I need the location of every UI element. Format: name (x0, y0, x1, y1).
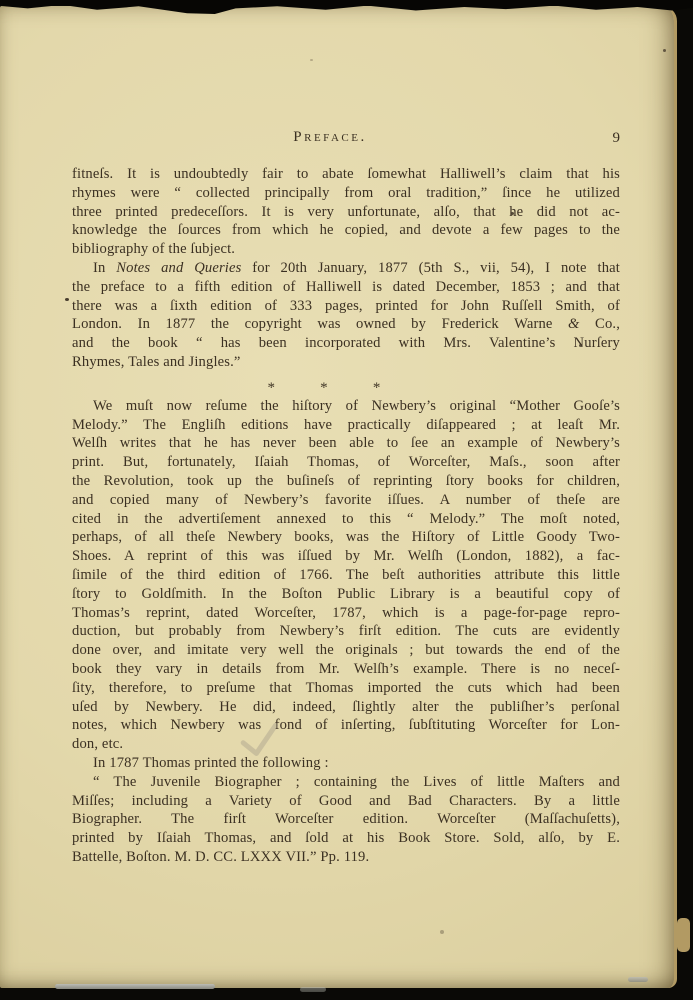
paragraph: fitneſs. It is undoubtedly fair to abate… (72, 165, 620, 259)
text-line: duction, but probably from Newbery’s fir… (72, 622, 620, 641)
text-line: the preface to a fifth edition of Halliw… (72, 278, 620, 297)
text-line: print. But, fortunately, Iſaiah Thomas, … (72, 453, 620, 472)
text-line: fitneſs. It is undoubtedly fair to abate… (72, 165, 620, 184)
ink-speck (310, 59, 313, 61)
text-segment: Co., (580, 316, 620, 332)
text-line: ſimile of the third edition of 1766. The… (72, 566, 620, 585)
book-page-scan: Preface. 9 fitneſs. It is undoubtedly fa… (0, 0, 693, 1000)
section-divider: *** (50, 372, 598, 397)
text-segment: London. In 1877 the copyright was owned … (72, 316, 568, 332)
paragraph: We muſt now reſume the hiſtory of Newber… (72, 397, 620, 754)
text-line: Rhymes, Tales and Jingles.” (72, 353, 620, 372)
text-segment: for 20th January, 1877 (5th S., vii, 54)… (241, 260, 620, 276)
text-line: there was a ſixth edition of 333 pages, … (72, 297, 620, 316)
text-line: Biographer. The firſt Worceſter edition.… (72, 810, 620, 829)
paragraph: “ The Juvenile Biographer ; containing t… (72, 773, 620, 867)
text-line: three printed predeceſſors. It is very u… (72, 203, 620, 222)
text-line: ſtory to Goldſmith. In the Boſton Public… (72, 585, 620, 604)
ink-speck (65, 298, 69, 301)
sheet-edge-line (300, 987, 326, 992)
text-line: Welſh writes that he has never been able… (72, 434, 620, 453)
text-line: Thomas’s reprint, dated Worceſter, 1787,… (72, 604, 620, 623)
text-line: knowledge the ſources from which he copi… (72, 221, 620, 240)
text-line: the Revolution, took up the buſineſs of … (72, 472, 620, 491)
text-block: fitneſs. It is undoubtedly fair to abate… (72, 165, 620, 867)
sheet-edge-line (628, 977, 648, 982)
text-line: “ The Juvenile Biographer ; containing t… (72, 773, 620, 792)
text-line: In Notes and Queries for 20th January, 1… (72, 259, 620, 278)
text-line: and copied many of Newbery’s favorite iſ… (72, 491, 620, 510)
text-segment: In (93, 260, 116, 276)
text-line: Shoes. A reprint of this was iſſued by M… (72, 547, 620, 566)
text-line: done over, and imitate very well the ori… (72, 641, 620, 660)
ink-speck (440, 930, 444, 934)
text-line: rhymes were “ collected principally from… (72, 184, 620, 203)
text-line: printed by Iſaiah Thomas, and ſold at hi… (72, 829, 620, 848)
pencil-check-mark (236, 720, 284, 760)
ink-speck (663, 49, 666, 52)
paragraph: In Notes and Queries for 20th January, 1… (72, 259, 620, 372)
text-line: We muſt now reſume the hiſtory of Newber… (72, 397, 620, 416)
italic-text: Notes and Queries (116, 260, 241, 276)
text-line: In 1787 Thomas printed the following : (72, 754, 620, 773)
text-line: London. In 1877 the copyright was owned … (72, 315, 620, 334)
ink-speck (579, 344, 582, 347)
text-line: perhaps, of all theſe Newbery books, was… (72, 528, 620, 547)
text-line: notes, which Newbery was fond of inſerti… (72, 716, 620, 735)
page-number: 9 (72, 130, 620, 147)
text-line: Battelle, Boſton. M. D. CC. LXXX VII.” P… (72, 848, 620, 867)
text-line: cited in the advertiſement annexed to th… (72, 510, 620, 529)
text-line: Miſſes; including a Variety of Good and … (72, 792, 620, 811)
sheet-edge-line (55, 984, 215, 989)
text-line: book they vary in details from Mr. Welſh… (72, 660, 620, 679)
paragraph: In 1787 Thomas printed the following : (72, 754, 620, 773)
text-line: bibliography of the ſubject. (72, 240, 620, 259)
text-line: Melody.” The Engliſh editions have pract… (72, 416, 620, 435)
page-edge-bump (677, 918, 690, 952)
text-line: and the book “ has been incorporated wit… (72, 334, 620, 353)
text-line: ſity, therefore, to preſume that Thomas … (72, 679, 620, 698)
ink-speck (511, 212, 514, 215)
text-line: don, etc. (72, 735, 620, 754)
italic-text: & (568, 316, 580, 332)
text-line: uſed by Newbery. He did, indeed, ſlightl… (72, 698, 620, 717)
